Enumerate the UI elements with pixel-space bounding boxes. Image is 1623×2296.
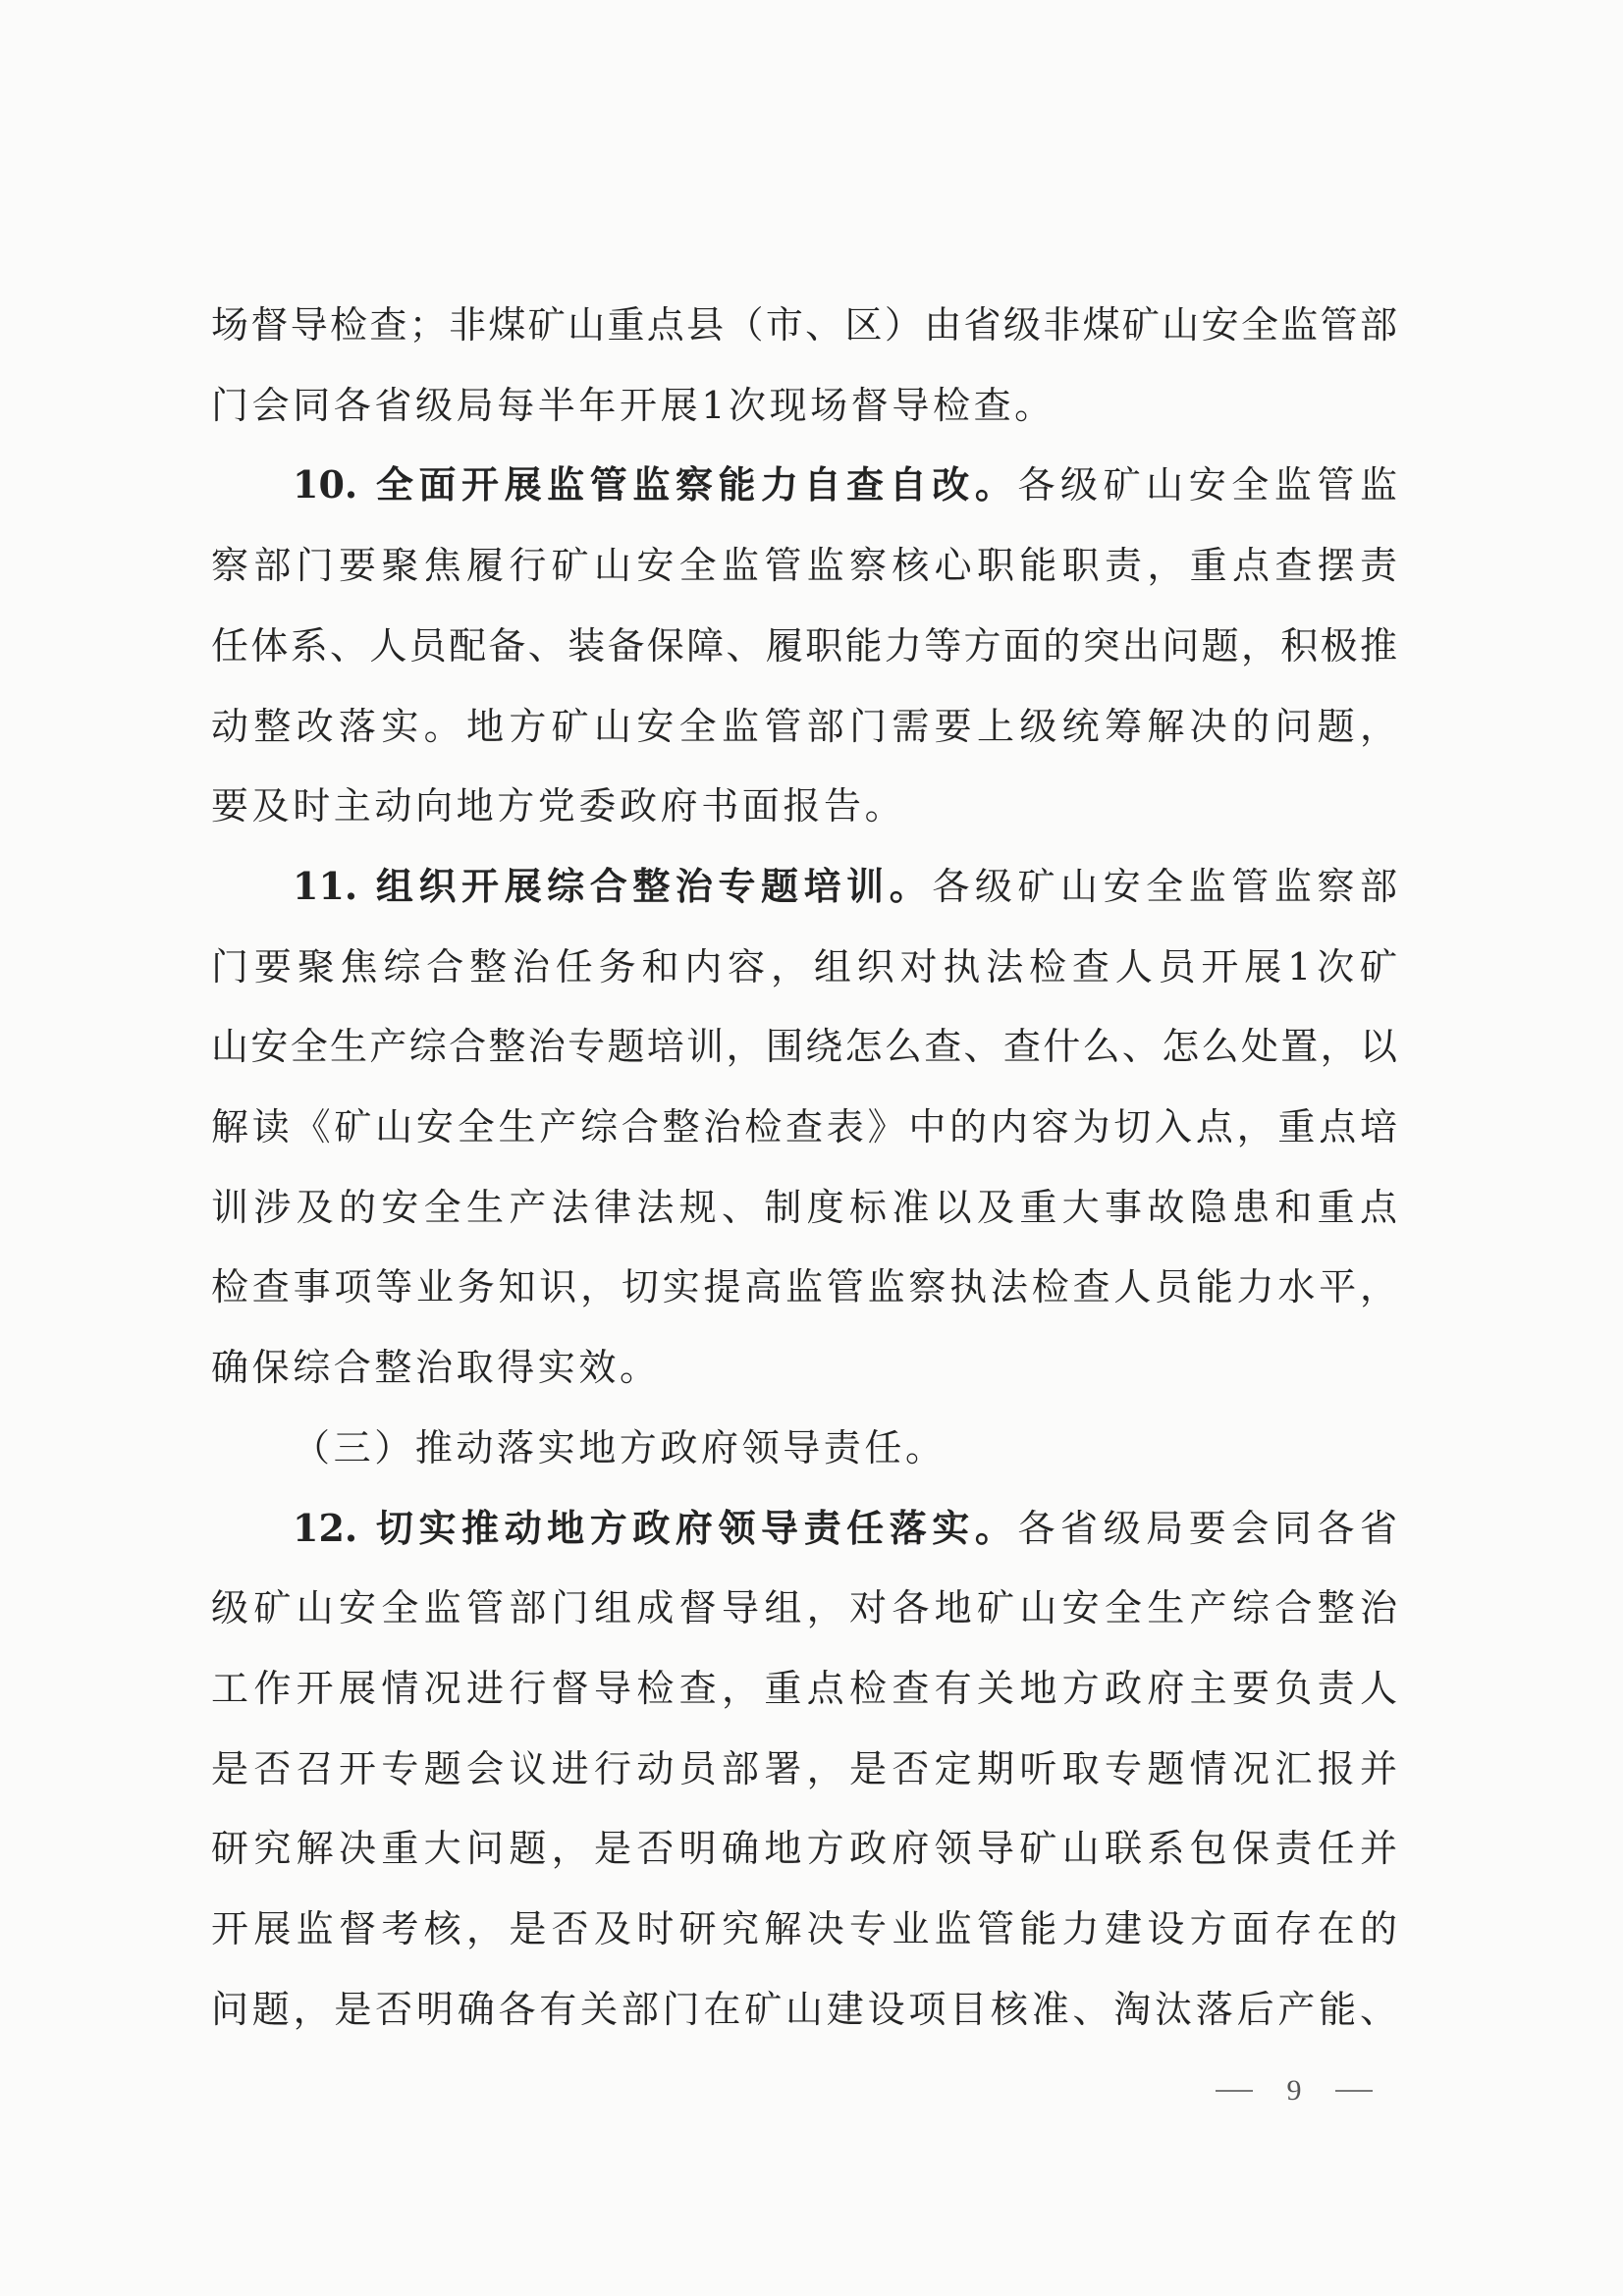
body-text-run: 要及时主动向地方党委政府书面报告。: [211, 784, 905, 828]
page-number: 9: [1216, 2071, 1373, 2110]
body-text-run: 级矿山安全监管部门组成督导组，对各地矿山安全生产综合整治: [211, 1586, 1397, 1629]
body-text-run: 动整改落实。地方矿山安全监管部门需要上级统筹解决的问题，: [211, 705, 1397, 748]
body-text-run: 门会同各省级局每半年开展1次现场督导检查。: [211, 384, 1055, 427]
text-line: 工作开展情况进行督导检查，重点检查有关地方政府主要负责人: [211, 1648, 1397, 1729]
text-line: 动整改落实。地方矿山安全监管部门需要上级统筹解决的问题，: [211, 686, 1397, 767]
body-text-run: 确保综合整治取得实效。: [211, 1346, 661, 1389]
body-text-run: （三）推动落实地方政府领导责任。: [293, 1426, 947, 1469]
text-line: 10. 全面开展监管监察能力自查自改。各级矿山安全监管监: [211, 445, 1397, 525]
page-number-left-dash: [1216, 2090, 1253, 2092]
body-text-run: 训涉及的安全生产法律法规、制度标准以及重大事故隐患和重点: [211, 1186, 1397, 1229]
body-text-run: 解读《矿山安全生产综合整治检查表》中的内容为切入点，重点培: [211, 1105, 1397, 1148]
text-line: 11. 组织开展综合整治专题培训。各级矿山安全监管监察部: [211, 846, 1397, 927]
item-heading: 11. 组织开展综合整治专题培训。: [293, 864, 932, 908]
item-heading: 12. 切实推动地方政府领导责任落实。: [293, 1506, 1017, 1550]
document-page: 场督导检查；非煤矿山重点县（市、区）由省级非煤矿山安全监管部门会同各省级局每半年…: [0, 0, 1623, 2296]
text-line: 山安全生产综合整治专题培训，围绕怎么查、查什么、怎么处置，以: [211, 1006, 1397, 1087]
body-text-run: 山安全生产综合整治专题培训，围绕怎么查、查什么、怎么处置，以: [211, 1025, 1397, 1068]
body-text-run: 场督导检查；非煤矿山重点县（市、区）由省级非煤矿山安全监管部: [211, 303, 1397, 347]
text-line: （三）推动落实地方政府领导责任。: [211, 1408, 1397, 1488]
text-line: 门会同各省级局每半年开展1次现场督导检查。: [211, 365, 1397, 446]
page-number-value: 9: [1287, 2074, 1302, 2108]
text-line: 门要聚焦综合整治任务和内容，组织对执法检查人员开展1次矿: [211, 927, 1397, 1007]
page-number-right-dash: [1335, 2090, 1373, 2092]
text-line: 检查事项等业务知识，切实提高监管监察执法检查人员能力水平，: [211, 1247, 1397, 1327]
text-line: 察部门要聚焦履行矿山安全监管监察核心职能职责，重点查摆责: [211, 525, 1397, 606]
body-text-run: 问题，是否明确各有关部门在矿山建设项目核准、淘汰落后产能、: [211, 1988, 1397, 2031]
text-line: 级矿山安全监管部门组成督导组，对各地矿山安全生产综合整治: [211, 1568, 1397, 1648]
body-text-run: 检查事项等业务知识，切实提高监管监察执法检查人员能力水平，: [211, 1265, 1397, 1308]
body-text-run: 研究解决重大问题，是否明确地方政府领导矿山联系包保责任并: [211, 1827, 1397, 1870]
text-line: 研究解决重大问题，是否明确地方政府领导矿山联系包保责任并: [211, 1808, 1397, 1889]
text-line: 解读《矿山安全生产综合整治检查表》中的内容为切入点，重点培: [211, 1087, 1397, 1167]
body-text-run: 门要聚焦综合整治任务和内容，组织对执法检查人员开展1次矿: [211, 945, 1397, 988]
body-text-run: 各级矿山安全监管监: [1017, 463, 1397, 507]
text-line: 要及时主动向地方党委政府书面报告。: [211, 766, 1397, 846]
text-line: 确保综合整治取得实效。: [211, 1327, 1397, 1408]
body-text-run: 各级矿山安全监管监察部: [932, 865, 1397, 908]
item-heading: 10. 全面开展监管监察能力自查自改。: [293, 462, 1017, 507]
text-line: 场督导检查；非煤矿山重点县（市、区）由省级非煤矿山安全监管部: [211, 285, 1397, 365]
body-text-run: 察部门要聚焦履行矿山安全监管监察核心职能职责，重点查摆责: [211, 544, 1397, 587]
body-text-run: 工作开展情况进行督导检查，重点检查有关地方政府主要负责人: [211, 1667, 1397, 1710]
body-text-run: 开展监督考核，是否及时研究解决专业监管能力建设方面存在的: [211, 1907, 1397, 1950]
body-text-run: 任体系、人员配备、装备保障、履职能力等方面的突出问题，积极推: [211, 624, 1397, 667]
text-line: 是否召开专题会议进行动员部署，是否定期听取专题情况汇报并: [211, 1729, 1397, 1809]
text-line: 12. 切实推动地方政府领导责任落实。各省级局要会同各省: [211, 1488, 1397, 1569]
text-line: 任体系、人员配备、装备保障、履职能力等方面的突出问题，积极推: [211, 606, 1397, 686]
text-line: 开展监督考核，是否及时研究解决专业监管能力建设方面存在的: [211, 1889, 1397, 1969]
text-line: 问题，是否明确各有关部门在矿山建设项目核准、淘汰落后产能、: [211, 1969, 1397, 2050]
body-text-run: 是否召开专题会议进行动员部署，是否定期听取专题情况汇报并: [211, 1747, 1397, 1790]
body-text-run: 各省级局要会同各省: [1017, 1507, 1397, 1550]
text-line: 训涉及的安全生产法律法规、制度标准以及重大事故隐患和重点: [211, 1167, 1397, 1248]
